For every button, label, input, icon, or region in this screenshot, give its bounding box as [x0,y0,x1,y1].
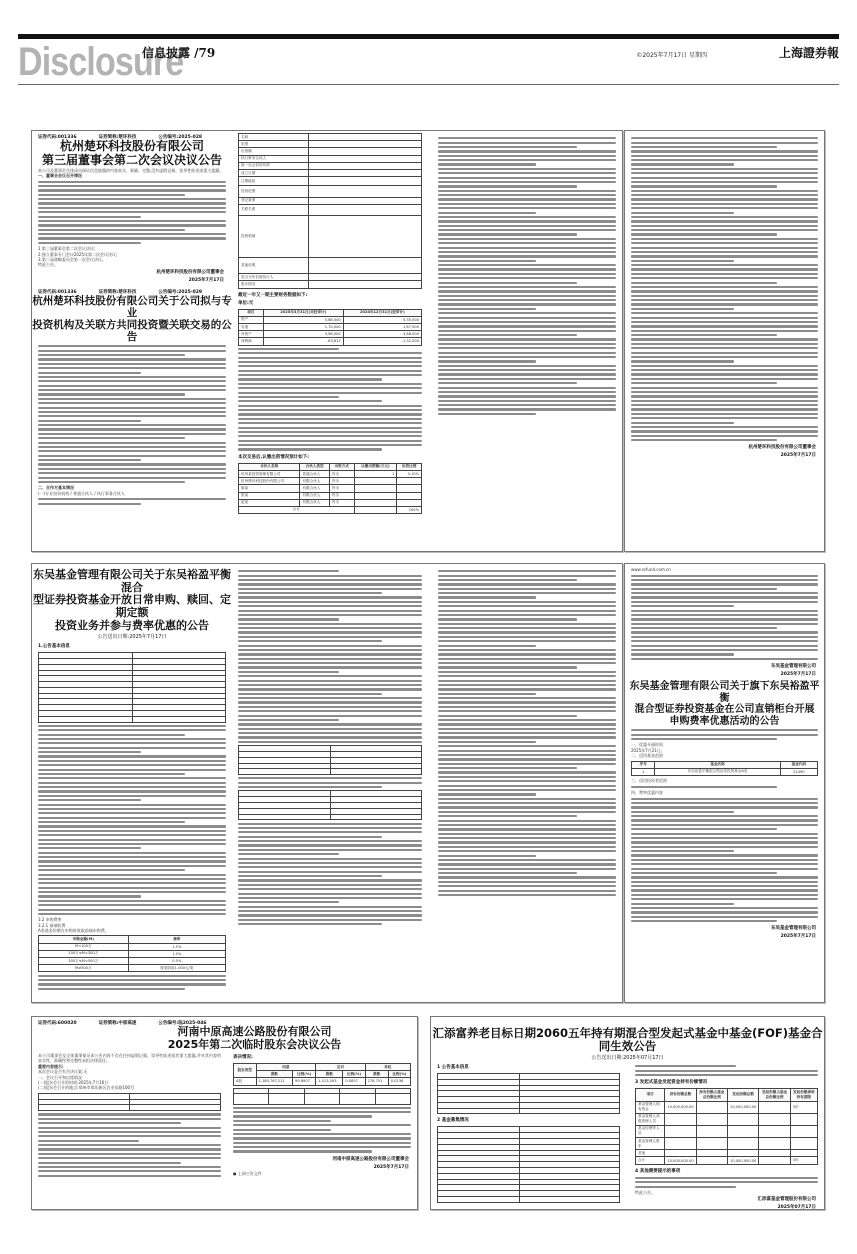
ann4-title-3: 申购费率优惠活动的公告 [625,716,824,728]
ann5-signer: 河南中原高速公路股份有限公司董事会 [227,1155,417,1163]
masthead-bottom-rule [18,84,839,85]
ann6-s2: 2 基金募集情况 [431,1116,626,1124]
ann2-title-2: 投资机构及关联方共同投资暨关联交易的公告 [32,319,232,343]
table-header: 合伙人类型 [300,463,329,470]
table-header: 弃权 [365,1064,410,1071]
announcement-chuhuan-continued: 杭州楚环科技股份有限公司董事会 2025年7月17日 [624,130,825,552]
partner-table: 合伙人名称 合伙人类型 出资方式 认缴出资额(万元) 出资比例 杭州某投资管理有… [238,463,422,514]
table-header: 发起份额总数 [728,1089,759,1101]
ann3-signer: 东吴基金管理有限公司 [625,662,824,670]
dongwu-col-3 [432,564,622,1002]
ann4-title-1: 东吴基金管理有限公司关于旗下东吴裕盈平衡 [625,681,824,704]
table-header: 票数 [365,1071,388,1078]
ann2-date: 2025年7月17日 [625,451,824,459]
stock-short-name: 证券简称:中原高速 [99,1020,137,1026]
chuhuan-col-1: 证券代码:001336 证券简称:楚环科技 公告编号:2025-028 杭州楚环… [32,131,232,551]
ann2-partner-caption: 本次交易后,认缴出资情况预计如下: [232,453,428,461]
table-row: M≥500万按笔收取1,000元/笔 [39,965,226,972]
table-row: 资产5,68,0005,35,000 [239,316,422,323]
huitianfu-col-2: 3 发起式基金发起资金持有份额情况 项目 持有份额总数 持有份额占基金总份额比例… [629,1063,824,1209]
ann3-body-4 [232,777,428,788]
table-header: 反对 [316,1064,365,1071]
dongwu-col-1: 东吴基金管理有限公司关于东吴裕盈平衡混合 型证券投资基金开放日常申购、赎回、定期… [32,564,232,1002]
table-header: 比例(%) [293,1071,316,1078]
stock-code: 证券代码:600020 [38,1020,77,1026]
ann2-section-b: (一)专业投资机构 / 普通合伙人 / 执行事务合伙人 [32,491,232,496]
table-header: 票数 [316,1071,343,1078]
ann4-date: 2025年7月17日 [625,932,824,940]
ann6-s4: 4 其他需要提示的事项 [629,1167,824,1175]
ann4-intro [625,729,824,740]
table-header: 费率 [128,936,225,943]
ann6-date: 2025年07月17日 [629,1203,824,1210]
chuhuan-col-2: 名称 类型 出资额 执行事务合伙人 统一社会信用代码 成立日期 注册地址 经营范… [232,131,428,551]
table-header: 2025年3月31日(未经审计) [263,309,343,316]
table-header: 同意 [256,1064,316,1071]
ann2-body-2 [32,498,232,505]
fof-basic-info-table [437,1073,620,1114]
ann1-date: 2025年7月17日 [32,276,232,284]
ann4-title-2: 混合型证券投资基金在公司直销柜台开展 [625,704,824,716]
chuhuan-col-3 [432,131,622,551]
ann3-title-3: 投资业务并参与费率优惠的公告 [32,620,232,633]
ann4-signer: 东吴基金管理有限公司 [625,924,824,932]
ann2-body-4 [432,131,622,415]
table-header: 序号 [632,761,655,768]
ann2-table-caption: 最近一年又一期主要财务数据如下: [232,291,428,299]
table-header: 项目 [636,1089,665,1101]
fundraising-table [437,1126,620,1202]
ann3-body-6 [432,564,622,896]
ann3-body-5 [232,823,428,926]
ann2-body-1 [32,345,232,483]
table-row: 1东吴裕盈平衡混合型证券投资基金A类21490 [632,768,818,775]
attendance-table [38,1093,221,1111]
zhongyuan-col-2: 表决情况: 股东类型 同意 反对 弃权 票数比例(%) 票数比例(%) 票数比例… [227,1053,417,1209]
table-header: 认缴出资额(万元) [354,463,397,470]
seed-holding-table: 项目 持有份额总数 持有份额占基金总份额比例 发起份额总数 发起份额占基金总份额… [635,1088,818,1164]
table-row: 张某有限合伙人货币 [239,492,422,499]
table-header: 发起份额承诺持有期限 [790,1089,817,1101]
ann1-signer: 杭州楚环科技股份有限公司董事会 [32,268,232,276]
table-row: 基金管理人高级管理人员 [636,1113,818,1125]
masthead-top-rule [18,34,839,39]
ann5-body-1 [32,1113,227,1176]
table-header: 发起份额占基金总份额比例 [759,1089,790,1101]
ann6-s3: 3 发起式基金发起资金持有份额情况 [629,1078,824,1086]
ann6-signer: 汇添富基金管理股份有限公司 [629,1195,824,1203]
ann3-pub-date: 公告送出日期:2025年7月17日 [32,633,232,640]
announcement-zhongyuan: 证券代码:600020 证券简称:中原高速 公告编号:临2025-046 河南中… [31,1016,418,1210]
table-row: 其他 [636,1150,818,1157]
ann2-title-1: 杭州楚环科技股份有限公司关于公司拟与专业 [32,295,232,319]
table-header: 基金代码 [780,761,817,768]
table-header: 合伙人名称 [239,463,300,470]
ann2-body-5 [625,131,824,441]
table-row: 负债1,70,0001,67,000 [239,324,422,331]
zhongyuan-col-1: 本公司董事会及全体董事保证本公告内容不存在任何虚假记载、误导性陈述或者重大遗漏,… [32,1053,227,1209]
table-row: A股1,180,767,21199.8907 1,013,3930.085727… [234,1078,411,1085]
table-row: 300万≤M<500万0.5% [39,958,226,965]
ann5-s1b: (二)股东会召开的地点:郑州市郑东新区农业东路100号 [32,1085,227,1090]
ann5-title-1: 河南中原高速公路股份有限公司 [32,1026,417,1039]
ann5-vote-caption: 表决情况: [227,1053,417,1061]
table-header: 比例(%) [388,1071,410,1078]
stock-short-name: 证券简称:楚环科技 [99,289,137,295]
ann5-title-2: 2025年第二次临时股东会决议公告 [32,1039,417,1052]
announcement-huitianfu: 汇添富养老目标日期2060五年持有期混合型发起式基金中基金(FOF)基金合同生效… [430,1016,825,1210]
announcement-no: 公告编号:2025-029 [158,289,202,295]
financial-table: 项目 2025年3月31日(未经审计) 2024年12月31日(经审计) 资产5… [238,309,422,346]
table-row: 合计10,000,000.0010,000,000.003年 [636,1157,818,1164]
huitianfu-col-1: 1 公告基本信息 2 基金募集情况 [431,1063,626,1209]
vote-result-table: 股东类型 同意 反对 弃权 票数比例(%) 票数比例(%) 票数比例(%) A股… [233,1063,411,1086]
ann1-title-2: 第三届董事会第二次会议决议公告 [32,154,232,168]
table-row: 杭州某投资管理有限公司普通合伙人货币10.10% [239,470,422,477]
ann4-s4: 四、费率优惠内容 [625,790,824,795]
ann5-intro: 本公司董事会及全体董事保证本公告内容不存在任何虚假记载、误导性陈述或者重大遗漏,… [32,1053,227,1064]
announcement-chuhuan: 证券代码:001336 证券简称:楚环科技 公告编号:2025-028 杭州楚环… [31,130,623,552]
table-row: 陈某有限合伙人货币 [239,485,422,492]
ann4-s2: 二、适用基金范围 [625,753,824,758]
fund-info-table: 名称 类型 出资额 执行事务合伙人 统一社会信用代码 成立日期 注册地址 经营范… [238,133,422,289]
table-header: 票数 [256,1071,292,1078]
ann3-website: www.scfund.com.cn [625,564,824,572]
ann3-title-2: 型证券投资基金开放日常申购、赎回、定期定额 [32,594,232,619]
ann5-body-2 [227,1107,417,1153]
table-header: 申购金额(M) [39,936,129,943]
table-header: 2024年12月31日(经审计) [343,309,421,316]
ann1-body [32,181,232,244]
table-row: 净利润-63,817-1,32,000 [239,338,422,345]
redemption-fee-table [238,745,422,775]
table-header: 基金名称 [655,761,780,768]
ann2-body-3 [232,348,428,451]
redemption-fee-table-2 [238,790,422,820]
ann4-body-1 [625,786,824,788]
ann6-s1: 1 公告基本信息 [431,1063,626,1071]
table-row: 赵某有限合伙人货币 [239,499,422,506]
table-row: 杭州楚环科技股份有限公司有限合伙人货币 [239,478,422,485]
ann1-title-1: 杭州楚环科技股份有限公司 [32,140,232,154]
table-header: 项目 [239,309,264,316]
minority-vote-table [233,1088,411,1105]
newspaper-name: 上海證券報 [779,44,839,61]
stock-code: 证券代码:001336 [38,289,77,295]
ann3-date: 2025年7月17日 [625,670,824,678]
table-row: 基金经理等人员 [636,1125,818,1137]
ann2-signer: 杭州楚环科技股份有限公司董事会 [625,443,824,451]
table-header: 出资方式 [329,463,354,470]
table-row: M<100万1.5% [39,943,226,950]
ann3-section-1: 1.公告基本信息 [32,642,232,650]
table-row: 基金管理人固有资金10,000,000.0010,000,000.003年 [636,1101,818,1113]
table-row: 合计100% [239,506,422,513]
ann4-s3: 三、适用投资者范围 [625,778,824,783]
ann3-body-3 [232,564,428,743]
table-row: 净资产3,98,0003,68,000 [239,331,422,338]
section-title: 信息披露 /79 [142,44,215,61]
announcement-dongwu-discount: www.scfund.com.cn 东吴基金管理有限公司 2025年7月17日 … [624,563,825,1003]
table-header: 比例(%) [343,1071,365,1078]
ann3-title-1: 东吴基金管理有限公司关于东吴裕盈平衡混合 [32,569,232,594]
table-header: 出资比例 [397,463,422,470]
table-header: 持有份额占基金总份额比例 [696,1089,727,1101]
ann3-fee-caption: A类基金份额在申购时收取前端申购费。 [32,928,232,933]
ann2-meta: 证券代码:001336 证券简称:楚环科技 公告编号:2025-029 [32,286,232,295]
dongwu-col-2 [232,564,428,1002]
ann5-footnote: ● 上网公告文件 [227,1171,417,1176]
ann3-body-7 [625,575,824,660]
table-header: 股东类型 [234,1064,257,1078]
table-row: 基金管理人股东 [636,1138,818,1150]
ann3-body-1 [32,725,232,915]
announcement-dongwu-open: 东吴基金管理有限公司关于东吴裕盈平衡混合 型证券投资基金开放日常申购、赎回、定期… [31,563,623,1003]
ann2-unit: 单位:元 [232,299,428,307]
ann6-body-1 [629,1065,824,1076]
fund-basic-info-table [38,652,226,722]
ann6-pub-date: 公告送出日期:2025年07月17日 [431,1054,824,1061]
dateline: ©2025年7月17日 星期四 [636,50,707,59]
ann1-section-1: 一、董事会会议召开情况 [32,173,232,178]
ann3-body-2 [32,975,232,990]
ann6-title: 汇添富养老目标日期2060五年持有期混合型发起式基金中基金(FOF)基金合同生效… [431,1027,824,1053]
table-header: 持有份额总数 [665,1089,696,1101]
ann5-date: 2025年7月17日 [227,1163,417,1171]
applicable-fund-table: 序号基金名称基金代码 1东吴裕盈平衡混合型证券投资基金A类21490 [631,761,818,776]
ann6-body-2 [629,1177,824,1188]
ann4-body-2 [625,798,824,923]
table-row: 100万≤M<300万1.0% [39,950,226,957]
subscription-fee-table: 申购金额(M)费率 M<100万1.5% 100万≤M<300万1.0% 300… [38,935,226,972]
